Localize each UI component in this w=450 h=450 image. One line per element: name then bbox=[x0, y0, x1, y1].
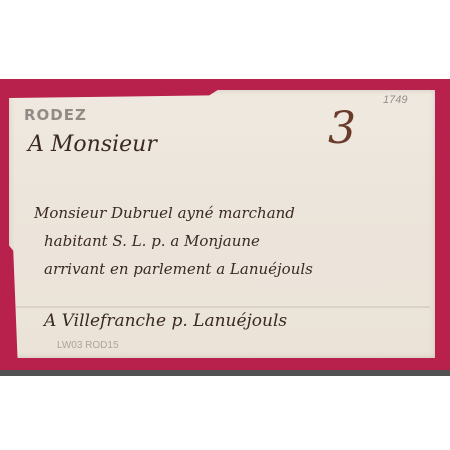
destination-line: A Villefranche p. Lanuéjouls bbox=[44, 311, 287, 331]
rate-mark: 3 bbox=[328, 103, 356, 154]
postal-stamp: RODEZ bbox=[24, 106, 87, 124]
address-line-3: arrivant en parlement a Lanuéjouls bbox=[44, 260, 313, 278]
fold-line bbox=[15, 306, 430, 308]
pencil-note: LW03 ROD15 bbox=[57, 340, 119, 351]
address-line-1: Monsieur Dubruel ayné marchand bbox=[34, 204, 295, 222]
bottom-shadow-bar bbox=[0, 370, 450, 376]
year-annotation: 1749 bbox=[383, 94, 407, 106]
salutation: A Monsieur bbox=[28, 132, 157, 157]
address-line-2: habitant S. L. p. a Monjaune bbox=[44, 232, 260, 250]
